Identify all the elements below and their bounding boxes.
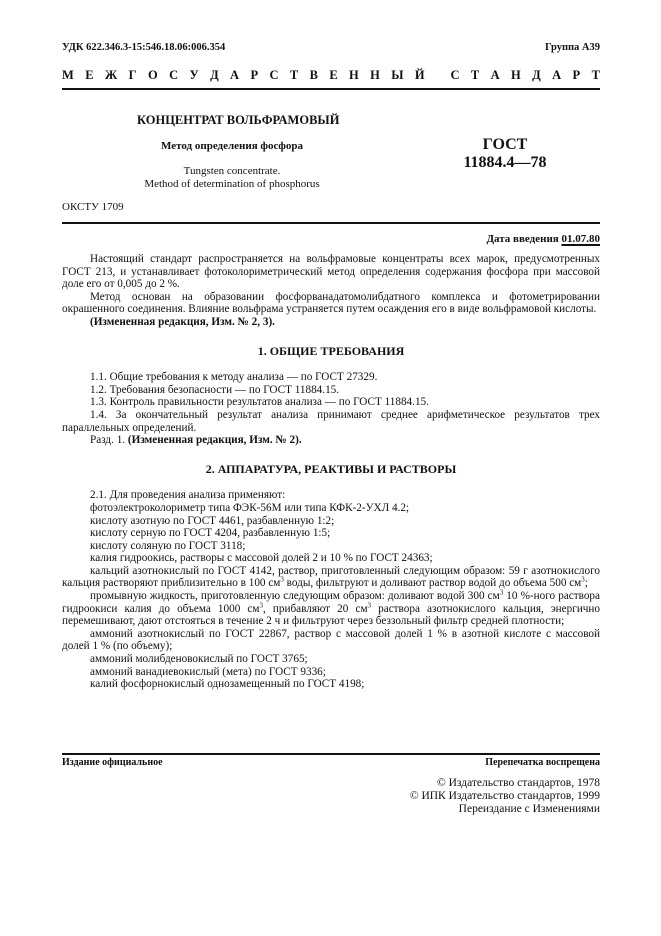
reagent-item: аммоний молибденовокислый по ГОСТ 3765; (62, 653, 600, 666)
copyright-block: © Издательство стандартов, 1978 © ИПК Из… (410, 777, 600, 816)
reagent-item-calcium-nitrate: кальций азотнокислый по ГОСТ 4142, раств… (62, 565, 600, 590)
interstate-standard-banner: МЕЖГОСУДАРСТВЕННЫЙ СТАНДАРТ (62, 68, 600, 83)
english-title-line2: Method of determination of phosphorus (62, 178, 402, 191)
okstu-code: ОКСТУ 1709 (62, 201, 124, 213)
reissue-note: Переиздание с Изменениями (410, 803, 600, 816)
document-title: КОНЦЕНТРАТ ВОЛЬФРАМОВЫЙ (137, 113, 339, 128)
banner-letter: В (310, 68, 318, 83)
banner-letter: Т (290, 68, 298, 83)
header-rule (62, 88, 600, 90)
banner-letter: А (230, 68, 239, 83)
banner-letter: Ы (391, 68, 403, 83)
english-title-line1: Tungsten concentrate. (62, 165, 402, 178)
reagent-item: кислоту азотную по ГОСТ 4461, разбавленн… (62, 515, 600, 528)
banner-letter: Т (592, 68, 600, 83)
document-subtitle: Метод определения фосфора (62, 140, 402, 152)
reagent-item: кислоту серную по ГОСТ 4204, разбавленну… (62, 527, 600, 540)
banner-letter: Р (250, 68, 258, 83)
banner-letter: Г (129, 68, 137, 83)
gost-label: ГОСТ (450, 136, 560, 154)
banner-letter: У (190, 68, 199, 83)
banner-letter: С (169, 68, 178, 83)
amendment-note: (Измененная редакция, Изм. № 2, 3). (62, 316, 600, 329)
udk-code: УДК 622.346.3-15:546.18.06:006.354 (62, 42, 225, 53)
document-body: Настоящий стандарт распространяется на в… (62, 253, 600, 691)
banner-letter: А (552, 68, 561, 83)
banner-letter: Й (415, 68, 425, 83)
banner-letter: Н (511, 68, 521, 83)
text-run: ; (585, 577, 588, 589)
banner-letter: Н (370, 68, 380, 83)
reagent-item: калия гидроокись, растворы с массовой до… (62, 552, 600, 565)
banner-letter: Е (329, 68, 337, 83)
banner-letter: Р (573, 68, 581, 83)
clause-1-1: 1.1. Общие требования к методу анализа —… (62, 371, 600, 384)
reagent-item: кислоту соляную по ГОСТ 3118; (62, 540, 600, 553)
banner-letter: М (62, 68, 74, 83)
copyright-1978: © Издательство стандартов, 1978 (410, 777, 600, 790)
banner-letter: Т (471, 68, 479, 83)
amendment-text: (Измененная редакция, Изм. № 2). (128, 434, 302, 446)
banner-letter: Д (210, 68, 219, 83)
english-title: Tungsten concentrate. Method of determin… (62, 165, 402, 191)
clause-1-2: 1.2. Требования безопасности — по ГОСТ 1… (62, 384, 600, 397)
section-1-heading: 1. ОБЩИЕ ТРЕБОВАНИЯ (62, 345, 600, 358)
effective-date-value: 01.07.80 (562, 233, 601, 245)
intro-paragraph: Настоящий стандарт распространяется на в… (62, 253, 600, 291)
clause-1-4: 1.4. За окончательный результат анализа … (62, 409, 600, 434)
banner-letter: О (148, 68, 158, 83)
effective-date-label: Дата введения (486, 233, 558, 245)
text-run: , прибавляют 20 см (263, 603, 368, 615)
method-paragraph: Метод основан на образовании фосфорванад… (62, 291, 600, 316)
banner-letter: Е (85, 68, 93, 83)
reagent-item: калий фосфорнокислый однозамещенный по Г… (62, 678, 600, 691)
banner-letter: Ж (105, 68, 117, 83)
reprint-prohibited-label: Перепечатка воспрещена (485, 757, 600, 768)
effective-date: Дата введения 01.07.80 (486, 233, 600, 245)
title-rule (62, 222, 600, 224)
banner-letter: А (491, 68, 500, 83)
banner-letter: Н (349, 68, 359, 83)
banner-letter: Д (532, 68, 541, 83)
reagent-item: фотоэлектроколориметр типа ФЭК-56М или т… (62, 502, 600, 515)
reagent-item: аммоний ванадиевокислый (мета) по ГОСТ 9… (62, 666, 600, 679)
official-edition-label: Издание официальное (62, 757, 163, 768)
clause-1-3: 1.3. Контроль правильности результатов а… (62, 396, 600, 409)
gost-number: 11884.4—78 (450, 154, 560, 172)
section-1-amendment: Разд. 1. (Измененная редакция, Изм. № 2)… (62, 434, 600, 447)
reagent-item: аммоний азотнокислый по ГОСТ 22867, раст… (62, 628, 600, 653)
reagent-item-wash-liquid: промывную жидкость, приготовленную следу… (62, 590, 600, 628)
gost-designation: ГОСТ 11884.4—78 (450, 136, 560, 172)
banner-letter (436, 68, 439, 83)
amendment-prefix: Разд. 1. (90, 434, 125, 446)
text-run: воды, фильтруют и доливают раствор водой… (284, 577, 581, 589)
banner-letter: С (451, 68, 460, 83)
text-run: промывную жидкость, приготовленную следу… (90, 590, 500, 602)
footer-rule (62, 753, 600, 755)
banner-letter: С (269, 68, 278, 83)
section-2-heading: 2. АППАРАТУРА, РЕАКТИВЫ И РАСТВОРЫ (62, 463, 600, 476)
clause-2-1: 2.1. Для проведения анализа применяют: (62, 489, 600, 502)
group-code: Группа А39 (545, 42, 600, 53)
copyright-1999: © ИПК Издательство стандартов, 1999 (410, 790, 600, 803)
